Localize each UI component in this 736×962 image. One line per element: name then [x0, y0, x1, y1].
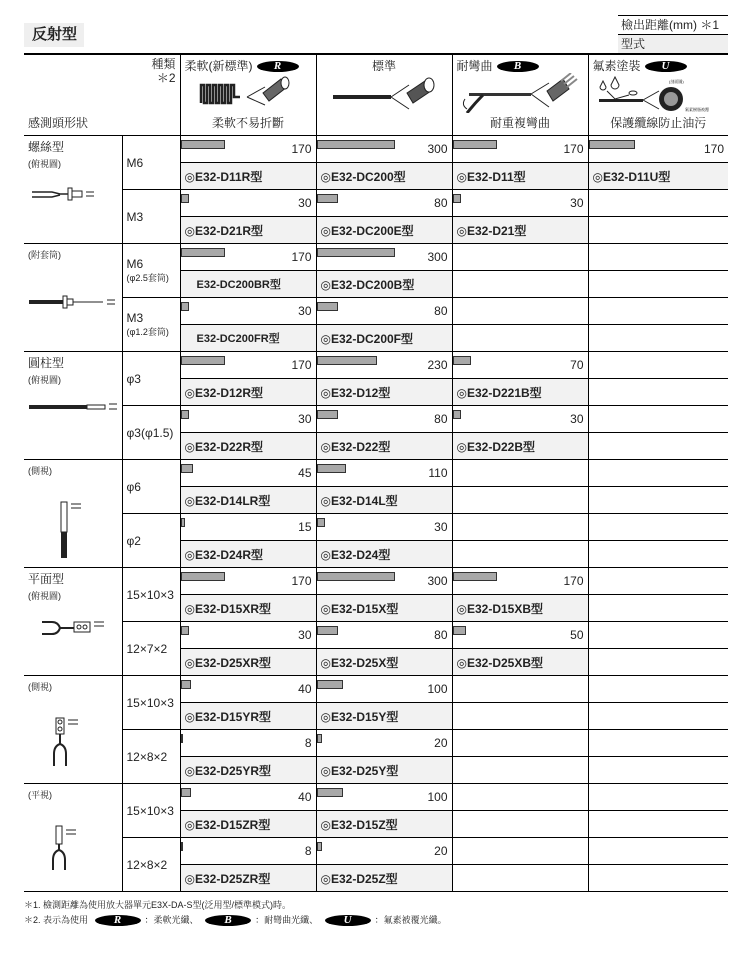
model-name: ◎E32-D14L型 — [317, 494, 398, 508]
distance-value: 80 — [434, 628, 447, 642]
size-cell: M3 (φ1.2套筒) — [122, 298, 180, 352]
size-label: M6 — [127, 156, 144, 170]
model-name — [589, 655, 593, 669]
size-label: φ2 — [127, 534, 141, 548]
model-name — [589, 385, 593, 399]
model-name — [589, 601, 593, 615]
distance-cell: 80 — [316, 622, 452, 649]
distance-value: 30 — [570, 196, 583, 210]
model-cell: ◎E32-D25X型 — [316, 649, 452, 676]
legend-box: 檢出距離(mm) ＊1 型式 — [618, 15, 728, 54]
footnote-b-text: ：耐彎曲光纖、 — [255, 915, 318, 925]
model-cell: ◎E32-D25YR型 — [180, 757, 316, 784]
distance-bar — [181, 788, 191, 797]
size-label: M3 — [127, 210, 144, 224]
model-cell: ◎E32-D221B型 — [452, 379, 588, 406]
threaded-sensor-icon — [24, 184, 122, 204]
distance-bar — [453, 572, 497, 581]
shape-cell: 圓柱型 (俯視圖) — [24, 352, 122, 460]
size-cell: 15×10×3 — [122, 568, 180, 622]
distance-cell: 170 — [452, 568, 588, 595]
distance-bar — [453, 626, 466, 635]
footnote-2-prefix: ＊2. 表示為使用 — [24, 915, 88, 925]
distance-cell: 100 — [316, 784, 452, 811]
badge-u-icon: U — [645, 61, 687, 72]
distance-value: 300 — [427, 250, 447, 264]
model-name: ◎E32-D24型 — [317, 548, 391, 562]
model-cell — [452, 811, 588, 838]
distance-cell: 20 — [316, 730, 452, 757]
distance-cell — [588, 514, 728, 541]
distance-cell: 80 — [316, 298, 452, 325]
size-label: 12×8×2 — [127, 858, 168, 872]
distance-cell: 40 — [180, 784, 316, 811]
distance-cell: 100 — [316, 676, 452, 703]
model-name — [589, 763, 593, 777]
distance-value: 8 — [305, 844, 312, 858]
model-cell: ◎E32-D11型 — [452, 163, 588, 190]
model-cell — [588, 865, 728, 892]
model-name: ◎E32-D14LR型 — [181, 494, 271, 508]
distance-bar — [317, 572, 395, 581]
distance-value: 40 — [298, 682, 311, 696]
model-name: ◎E32-DC200型 — [317, 170, 406, 184]
model-name: ◎E32-D15XB型 — [453, 602, 544, 616]
distance-bar — [317, 248, 395, 257]
model-name: E32-DC200BR型 — [181, 279, 281, 291]
model-cell — [588, 541, 728, 568]
distance-cell: 70 — [452, 352, 588, 379]
model-name — [453, 763, 457, 777]
side-view-cylindrical-icon — [24, 500, 122, 560]
distance-cell: 40 — [180, 676, 316, 703]
model-cell: ◎E32-D11U型 — [588, 163, 728, 190]
model-cell — [588, 217, 728, 244]
model-cell — [452, 541, 588, 568]
distance-value: 70 — [570, 358, 583, 372]
model-cell — [588, 379, 728, 406]
distance-value: 40 — [298, 790, 311, 804]
footnote-1: ＊1. 檢測距離為使用放大器單元E3X-DA-S型(泛用型/標準模式)時。 — [24, 898, 447, 913]
model-cell — [452, 757, 588, 784]
model-name — [589, 493, 593, 507]
size-label: 12×7×2 — [127, 642, 168, 656]
value-row: φ3(φ1.5) 30 80 30 — [24, 406, 728, 433]
svg-text:氟素樹脂被覆: 氟素樹脂被覆 — [685, 106, 709, 112]
model-name: ◎E32-DC200E型 — [317, 224, 414, 238]
model-name: ◎E32-D11U型 — [589, 170, 671, 184]
distance-cell: 80 — [316, 406, 452, 433]
model-cell: ◎E32-D15YR型 — [180, 703, 316, 730]
shape-cell: (附套筒) — [24, 244, 122, 352]
value-row: 圓柱型 (俯視圖) φ3 170 230 70 — [24, 352, 728, 379]
distance-bar — [317, 680, 343, 689]
distance-cell: 45 — [180, 460, 316, 487]
model-cell: ◎E32-D21R型 — [180, 217, 316, 244]
model-cell: ◎E32-D22型 — [316, 433, 452, 460]
spec-table: 種類 ＊2 感測頭形狀 柔軟(新標準)R 柔軟不易折斷 標準 — [24, 53, 728, 892]
model-cell: ◎E32-D11R型 — [180, 163, 316, 190]
distance-bar — [181, 302, 189, 311]
model-name: ◎E32-D221B型 — [453, 386, 542, 400]
size-label: 15×10×3 — [127, 588, 174, 602]
distance-bar — [317, 356, 377, 365]
distance-bar — [181, 140, 225, 149]
badge-r-icon: R — [95, 915, 141, 926]
size-note: (φ2.5套筒) — [127, 271, 180, 284]
size-label: 15×10×3 — [127, 696, 174, 710]
model-name — [589, 817, 593, 831]
distance-cell — [452, 298, 588, 325]
footnotes: ＊1. 檢測距離為使用放大器單元E3X-DA-S型(泛用型/標準模式)時。 ＊2… — [24, 898, 447, 928]
distance-value: 230 — [427, 358, 447, 372]
col-desc: 柔軟不易折斷 — [181, 114, 316, 131]
shape-name: 平面型 — [24, 568, 122, 587]
model-cell: ◎E32-D15X型 — [316, 595, 452, 622]
badge-b-icon: B — [205, 915, 251, 926]
model-name: ◎E32-D12型 — [317, 386, 391, 400]
model-name: ◎E32-D25YR型 — [181, 764, 272, 778]
col-title: 標準 — [317, 57, 452, 74]
distance-bar — [181, 842, 183, 851]
shape-view: (側視) — [24, 678, 122, 695]
distance-value: 50 — [570, 628, 583, 642]
distance-value: 110 — [428, 466, 447, 480]
distance-value: 170 — [704, 142, 724, 156]
distance-cell — [588, 406, 728, 433]
distance-cell — [588, 298, 728, 325]
model-name — [453, 493, 457, 507]
model-cell — [588, 649, 728, 676]
model-name — [589, 277, 593, 291]
model-name: ◎E32-D21R型 — [181, 224, 264, 238]
model-name — [589, 439, 593, 453]
distance-bar — [181, 680, 191, 689]
distance-cell — [588, 190, 728, 217]
col-title: 氟素塗裝 — [593, 59, 641, 73]
distance-cell: 20 — [316, 838, 452, 865]
flat-front-view-icon — [24, 824, 122, 884]
distance-bar — [317, 842, 322, 851]
header-col-flexible: 柔軟(新標準)R 柔軟不易折斷 — [180, 54, 316, 136]
value-row: M3 30 80 30 — [24, 190, 728, 217]
size-cell: φ3 — [122, 352, 180, 406]
distance-cell — [452, 460, 588, 487]
distance-bar — [317, 464, 346, 473]
model-name: ◎E32-D15Y型 — [317, 710, 399, 724]
col-desc: 保護纜線防止油污 — [589, 114, 729, 131]
distance-cell — [588, 838, 728, 865]
model-name: ◎E32-D25Y型 — [317, 764, 399, 778]
model-name — [453, 871, 457, 885]
value-row: (側視) 15×10×3 40 100 — [24, 676, 728, 703]
model-cell: ◎E32-DC200E型 — [316, 217, 452, 244]
distance-cell — [452, 514, 588, 541]
svg-text:(剖面圖): (剖面圖) — [669, 78, 684, 84]
header-kind-cell: 種類 ＊2 感測頭形狀 — [24, 54, 180, 136]
distance-cell: 230 — [316, 352, 452, 379]
value-row: 12×7×2 30 80 50 — [24, 622, 728, 649]
model-cell: ◎E32-D24型 — [316, 541, 452, 568]
distance-cell — [588, 460, 728, 487]
distance-value: 170 — [291, 358, 311, 372]
distance-value: 30 — [434, 520, 447, 534]
footnote-r-text: ：柔軟光纖、 — [145, 915, 199, 925]
distance-cell: 170 — [452, 136, 588, 163]
distance-bar — [181, 464, 193, 473]
distance-cell: 8 — [180, 730, 316, 757]
model-name: ◎E32-D22B型 — [453, 440, 536, 454]
distance-cell: 50 — [452, 622, 588, 649]
model-cell — [588, 703, 728, 730]
distance-value: 8 — [305, 736, 312, 750]
shape-label: 感測頭形狀 — [28, 114, 88, 131]
model-name: ◎E32-D15ZR型 — [181, 818, 271, 832]
shape-view: (俯視圖) — [24, 587, 122, 604]
model-cell: ◎E32-D14L型 — [316, 487, 452, 514]
distance-cell: 170 — [180, 136, 316, 163]
model-cell: ◎E32-D22R型 — [180, 433, 316, 460]
shape-cell: 螺絲型 (俯視圖) — [24, 136, 122, 244]
model-cell: ◎E32-D24R型 — [180, 541, 316, 568]
shape-view: (俯視圖) — [24, 155, 122, 172]
model-cell: ◎E32-D21型 — [452, 217, 588, 244]
size-label: φ3(φ1.5) — [127, 426, 174, 440]
model-name — [453, 547, 457, 561]
distance-value: 30 — [298, 628, 311, 642]
distance-cell — [588, 568, 728, 595]
size-cell: M3 — [122, 190, 180, 244]
distance-cell: 170 — [180, 568, 316, 595]
model-cell — [588, 757, 728, 784]
model-cell — [588, 811, 728, 838]
distance-bar — [317, 734, 322, 743]
distance-cell — [588, 784, 728, 811]
distance-cell: 300 — [316, 244, 452, 271]
model-cell: E32-DC200BR型 — [180, 271, 316, 298]
flexible-fiber-icon — [181, 73, 316, 113]
model-name: ◎E32-D15XR型 — [181, 602, 272, 616]
distance-value: 30 — [298, 412, 311, 426]
model-name — [589, 331, 593, 345]
distance-value: 80 — [434, 304, 447, 318]
distance-cell: 30 — [180, 298, 316, 325]
shape-name: 圓柱型 — [24, 352, 122, 371]
distance-cell: 80 — [316, 190, 452, 217]
model-cell: ◎E32-D25XB型 — [452, 649, 588, 676]
model-name: ◎E32-D22型 — [317, 440, 391, 454]
distance-bar — [181, 248, 225, 257]
model-cell — [588, 325, 728, 352]
distance-cell: 170 — [180, 352, 316, 379]
size-cell: 12×8×2 — [122, 730, 180, 784]
size-label: 15×10×3 — [127, 804, 174, 818]
shape-cell: (側視) — [24, 676, 122, 784]
distance-bar — [317, 788, 343, 797]
value-row: (側視) φ6 45 110 — [24, 460, 728, 487]
value-row: φ2 15 30 — [24, 514, 728, 541]
model-cell: ◎E32-D25ZR型 — [180, 865, 316, 892]
model-cell — [452, 325, 588, 352]
model-cell — [588, 487, 728, 514]
distance-value: 100 — [427, 682, 447, 696]
distance-cell: 300 — [316, 136, 452, 163]
model-name: ◎E32-D25Z型 — [317, 872, 398, 886]
distance-bar — [317, 626, 338, 635]
model-cell: ◎E32-D25XR型 — [180, 649, 316, 676]
header-col-bend-resistant: 耐彎曲B 耐重複彎曲 — [452, 54, 588, 136]
model-cell — [588, 433, 728, 460]
distance-cell: 170 — [180, 244, 316, 271]
model-name: ◎E32-D24R型 — [181, 548, 264, 562]
size-cell: 15×10×3 — [122, 676, 180, 730]
distance-bar — [181, 410, 189, 419]
model-cell: ◎E32-D25Y型 — [316, 757, 452, 784]
sleeve-sensor-icon — [24, 292, 122, 312]
model-name: ◎E32-D25X型 — [317, 656, 399, 670]
distance-value: 80 — [434, 196, 447, 210]
distance-cell: 30 — [180, 190, 316, 217]
model-name: ◎E32-D25XR型 — [181, 656, 272, 670]
model-name: ◎E32-D25ZR型 — [181, 872, 271, 886]
footnote-u-text: ：氟素被覆光纖。 — [375, 915, 447, 925]
footnote-2: ＊2. 表示為使用 R：柔軟光纖、 B：耐彎曲光纖、 U：氟素被覆光纖。 — [24, 913, 447, 928]
model-cell: ◎E32-D15XB型 — [452, 595, 588, 622]
distance-cell — [588, 730, 728, 757]
size-cell: 12×7×2 — [122, 622, 180, 676]
distance-cell: 30 — [452, 190, 588, 217]
size-cell: φ3(φ1.5) — [122, 406, 180, 460]
model-name: ◎E32-D21型 — [453, 224, 527, 238]
size-label: 12×8×2 — [127, 750, 168, 764]
model-name: ◎E32-D22R型 — [181, 440, 264, 454]
header-col-fluorine: 氟素塗裝U (剖面圖)氟素樹脂被覆 保護纜線防止油污 — [588, 54, 728, 136]
size-cell: φ2 — [122, 514, 180, 568]
cylindrical-sensor-icon — [24, 400, 122, 414]
kind-note: ＊2 — [157, 71, 176, 85]
flat-sensor-icon — [24, 616, 122, 640]
distance-value: 300 — [427, 574, 447, 588]
shape-view: (側視) — [24, 462, 122, 479]
model-cell — [588, 271, 728, 298]
model-name: ◎E32-D15YR型 — [181, 710, 272, 724]
shape-cell: (側視) — [24, 460, 122, 568]
size-cell: M6 (φ2.5套筒) — [122, 244, 180, 298]
model-cell: ◎E32-DC200F型 — [316, 325, 452, 352]
value-row: 螺絲型 (俯視圖) M6 170 300 170 170 — [24, 136, 728, 163]
distance-cell — [452, 838, 588, 865]
page-title: 反射型 — [24, 23, 84, 47]
distance-cell: 30 — [180, 406, 316, 433]
size-label: φ3 — [127, 372, 141, 386]
model-name — [589, 547, 593, 561]
distance-cell: 8 — [180, 838, 316, 865]
col-title: 柔軟(新標準) — [185, 59, 253, 73]
distance-value: 30 — [570, 412, 583, 426]
distance-bar — [453, 410, 461, 419]
shape-name: 螺絲型 — [24, 136, 122, 155]
distance-bar — [589, 140, 635, 149]
kind-label: 種類 — [151, 57, 175, 71]
size-note: (φ1.2套筒) — [127, 325, 180, 338]
distance-cell — [452, 676, 588, 703]
distance-cell — [588, 676, 728, 703]
distance-value: 170 — [563, 574, 583, 588]
shape-cell: (平視) — [24, 784, 122, 892]
model-cell — [452, 703, 588, 730]
distance-cell: 30 — [180, 622, 316, 649]
distance-bar — [317, 518, 325, 527]
col-title: 耐彎曲 — [457, 59, 493, 73]
col-desc: 耐重複彎曲 — [453, 114, 588, 131]
distance-cell — [588, 352, 728, 379]
model-name: ◎E32-D25XB型 — [453, 656, 544, 670]
distance-value: 170 — [291, 574, 311, 588]
model-name — [589, 223, 593, 237]
distance-cell — [452, 244, 588, 271]
size-cell: 15×10×3 — [122, 784, 180, 838]
distance-bar — [317, 410, 338, 419]
model-cell: E32-DC200FR型 — [180, 325, 316, 352]
header-row: 種類 ＊2 感測頭形狀 柔軟(新標準)R 柔軟不易折斷 標準 — [24, 54, 728, 136]
distance-bar — [181, 626, 189, 635]
distance-value: 80 — [434, 412, 447, 426]
distance-cell: 15 — [180, 514, 316, 541]
distance-cell — [452, 730, 588, 757]
header-col-standard: 標準 — [316, 54, 452, 136]
model-name: E32-DC200FR型 — [181, 333, 280, 345]
distance-value: 170 — [291, 142, 311, 156]
distance-bar — [317, 140, 395, 149]
model-name — [453, 709, 457, 723]
size-label: M3 — [127, 311, 144, 325]
model-name: ◎E32-D11型 — [453, 170, 526, 184]
badge-b-icon: B — [497, 61, 539, 72]
model-name: ◎E32-D15X型 — [317, 602, 399, 616]
distance-bar — [317, 302, 338, 311]
model-cell: ◎E32-D15Y型 — [316, 703, 452, 730]
standard-fiber-icon — [317, 73, 452, 113]
distance-value: 30 — [298, 196, 311, 210]
value-row: 12×8×2 8 20 — [24, 730, 728, 757]
model-cell: ◎E32-D25Z型 — [316, 865, 452, 892]
distance-value: 20 — [434, 736, 447, 750]
badge-r-icon: R — [257, 61, 299, 72]
badge-u-icon: U — [325, 915, 371, 926]
model-name — [589, 871, 593, 885]
distance-value: 170 — [291, 250, 311, 264]
legend-detection-distance: 檢出距離(mm) ＊1 — [618, 15, 728, 34]
model-name — [453, 277, 457, 291]
model-cell — [452, 487, 588, 514]
fluorine-coated-fiber-icon: (剖面圖)氟素樹脂被覆 — [589, 73, 729, 113]
model-cell: ◎E32-D15Z型 — [316, 811, 452, 838]
distance-cell — [588, 244, 728, 271]
value-row: (平視) 15×10×3 40 100 — [24, 784, 728, 811]
model-cell: ◎E32-D12型 — [316, 379, 452, 406]
distance-cell: 170 — [588, 136, 728, 163]
value-row: M3 (φ1.2套筒) 30 80 — [24, 298, 728, 325]
value-row: 12×8×2 8 20 — [24, 838, 728, 865]
model-name: ◎E32-D11R型 — [181, 170, 263, 184]
shape-view: (平視) — [24, 786, 122, 803]
model-name — [453, 817, 457, 831]
distance-cell — [588, 622, 728, 649]
distance-value: 30 — [298, 304, 311, 318]
model-name: ◎E32-D15Z型 — [317, 818, 398, 832]
shape-view: (俯視圖) — [24, 371, 122, 388]
distance-bar — [453, 194, 461, 203]
